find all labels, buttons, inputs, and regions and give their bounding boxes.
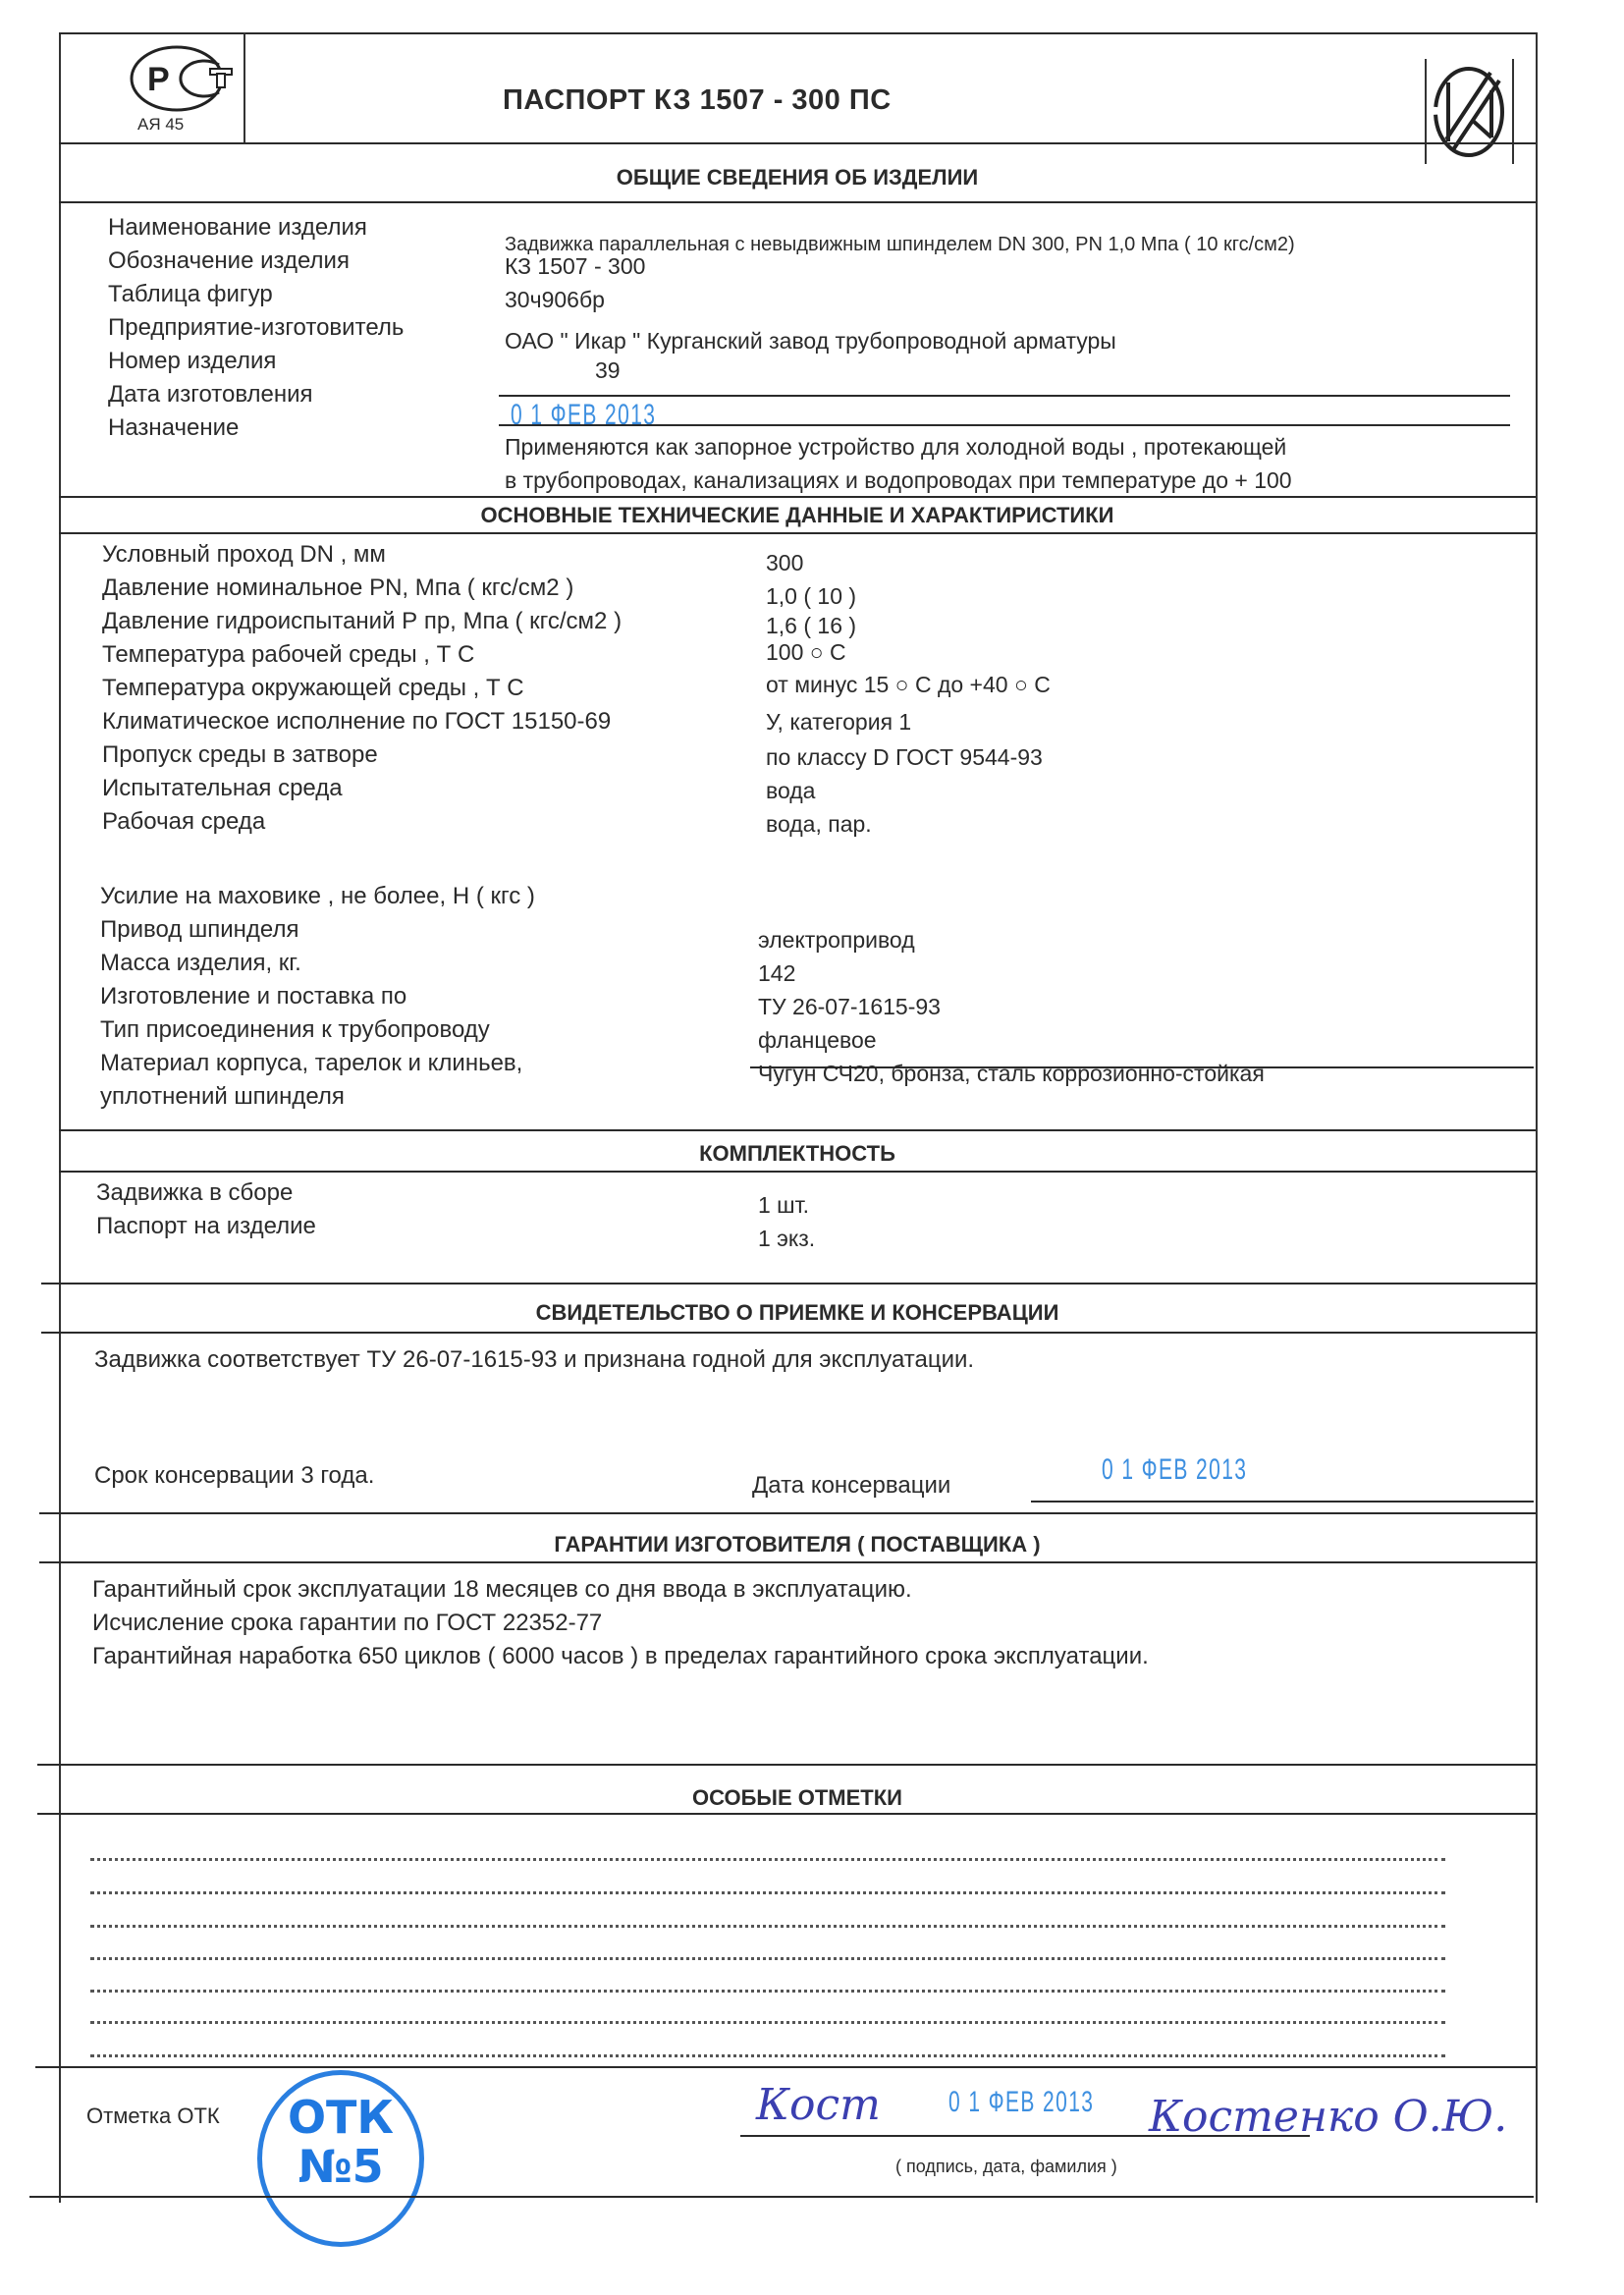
manufacture-date-stamp: 0 1 ФЕВ 2013: [511, 399, 656, 432]
value-manufacturer: ОАО " Икар " Курганский завод трубопрово…: [505, 324, 1116, 357]
value-figure-table: 30ч906бр: [505, 283, 605, 316]
label-kit-passport: Паспорт на изделие: [96, 1210, 316, 1243]
header-bottom-border: [59, 142, 1536, 144]
value-leakage: по классу D ГОСТ 9544-93: [766, 740, 1051, 774]
value-working-medium: вода, пар.: [766, 807, 1051, 841]
label-dn: Условный проход DN , мм: [102, 538, 622, 572]
label-leakage: Пропуск среды в затворе: [102, 738, 622, 772]
serial-underline: [499, 395, 1510, 397]
value-test-medium: вода: [766, 774, 1051, 807]
label-ambient-temp: Температура окружающей среды , Т С: [102, 672, 622, 705]
header-divider-right2: [1512, 59, 1514, 164]
cert-code: АЯ 45: [137, 115, 184, 135]
tech-bottom-border: [59, 1129, 1536, 1131]
kit-heading-border: [59, 1171, 1536, 1173]
label-kit-valve: Задвижка в сборе: [96, 1176, 316, 1210]
tech-labels: Условный проход DN , мм Давление номинал…: [102, 538, 622, 839]
value-kit-valve: 1 шт.: [758, 1188, 815, 1222]
warranty-line-1: Гарантийный срок эксплуатации 18 месяцев…: [92, 1573, 1149, 1607]
frame-bottom-border: [29, 2196, 1534, 2198]
section-heading-warranty: ГАРАНТИИ ИЗГОТОВИТЕЛЯ ( ПОСТАВЩИКА ): [59, 1532, 1536, 1557]
label-serial-number: Номер изделия: [108, 345, 404, 378]
warranty-line-3: Гарантийная наработка 650 циклов ( 6000 …: [92, 1640, 1149, 1673]
kit-values: 1 шт. 1 экз.: [758, 1188, 815, 1255]
notes-line-5[interactable]: [90, 1990, 1445, 1993]
page-title: ПАСПОРТ КЗ 1507 - 300 ПС: [503, 84, 892, 117]
notes-line-3[interactable]: [90, 1925, 1445, 1928]
label-pn: Давление номинальное PN, Мпа ( кгс/см2 ): [102, 572, 622, 605]
notes-heading-border: [37, 1813, 1536, 1815]
warranty-lines: Гарантийный срок эксплуатации 18 месяцев…: [92, 1573, 1149, 1673]
label-mass: Масса изделия, кг.: [100, 947, 535, 980]
tech-labels-2: Усилие на маховике , не более, Н ( кгс )…: [100, 880, 535, 1114]
notes-bottom-border: [35, 2066, 1536, 2068]
notes-line-6[interactable]: [90, 2021, 1445, 2024]
otk-date-stamp: 0 1 ФЕВ 2013: [948, 2086, 1094, 2119]
value-standard: ТУ 26-07-1615-93: [758, 990, 1265, 1023]
value-material: Чугун СЧ20, бронза, сталь коррозионно-ст…: [758, 1057, 1265, 1090]
header-divider-left: [244, 32, 245, 142]
label-test-medium: Испытательная среда: [102, 772, 622, 805]
label-connection: Тип присоединения к трубопроводу: [100, 1013, 535, 1047]
label-test-pressure: Давление гидроиспытаний Р пр, Мпа ( кгс/…: [102, 605, 622, 638]
value-kit-passport: 1 экз.: [758, 1222, 815, 1255]
acceptance-bottom-border: [39, 1512, 1536, 1514]
otk-stamp: ОТК №5: [257, 2070, 424, 2247]
tech-values: 300 1,0 ( 10 ) 1,6 ( 16 ) 100 ○ С от мин…: [766, 546, 1051, 841]
section-heading-kit: КОМПЛЕКТНОСТЬ: [59, 1141, 1536, 1167]
value-serial-number: 39: [595, 354, 621, 387]
value-purpose-line2: в трубопроводах, канализациях и водопров…: [505, 464, 1292, 497]
value-pn: 1,0 ( 10 ): [766, 579, 1051, 613]
header-divider-right: [1425, 59, 1427, 164]
notes-line-7[interactable]: [90, 2054, 1445, 2057]
acceptance-heading-border: [41, 1332, 1536, 1334]
label-working-medium: Рабочая среда: [102, 805, 622, 839]
general-bottom-border: [59, 496, 1536, 498]
kit-bottom-border: [41, 1283, 1536, 1284]
kit-labels: Задвижка в сборе Паспорт на изделие: [96, 1176, 316, 1243]
svg-text:Р: Р: [147, 61, 170, 98]
tech-values-2: электропривод 142 ТУ 26-07-1615-93 фланц…: [758, 923, 1265, 1090]
section-heading-acceptance: СВИДЕТЕЛЬСТВО О ПРИЕМКЕ И КОНСЕРВАЦИИ: [59, 1300, 1536, 1326]
general-heading-border: [59, 201, 1536, 203]
value-climate: У, категория 1: [766, 703, 1051, 740]
section-heading-notes: ОСОБЫЕ ОТМЕТКИ: [59, 1785, 1536, 1811]
label-figure-table: Таблица фигур: [108, 278, 404, 311]
tech-heading-border: [59, 532, 1536, 534]
frame-top-border: [59, 32, 1536, 34]
value-ambient-temp: от минус 15 ○ С до +40 ○ С: [766, 666, 1051, 703]
notes-line-2[interactable]: [90, 1891, 1445, 1894]
label-manufacture-date: Дата изготовления: [108, 378, 404, 411]
signature-initials: Кост: [756, 2080, 881, 2130]
value-spindle-drive: электропривод: [758, 923, 1265, 956]
rst-cert-mark-icon: Р: [126, 43, 244, 119]
notes-line-4[interactable]: [90, 1957, 1445, 1960]
label-product-designation: Обозначение изделия: [108, 245, 404, 278]
section-heading-general: ОБЩИЕ СВЕДЕНИЯ ОБ ИЗДЕЛИИ: [59, 165, 1536, 191]
general-labels: Наименование изделия Обозначение изделия…: [108, 211, 404, 445]
value-mass: 142: [758, 956, 1265, 990]
value-connection: фланцевое: [758, 1023, 1265, 1057]
value-purpose: Применяются как запорное устройство для …: [505, 430, 1286, 464]
label-spindle-drive: Привод шпинделя: [100, 913, 535, 947]
signature-caption: ( подпись, дата, фамилия ): [895, 2157, 1117, 2177]
label-working-temp: Температура рабочей среды , Т С: [102, 638, 622, 672]
date-underline: [499, 424, 1510, 426]
label-standard: Изготовление и поставка по: [100, 980, 535, 1013]
acceptance-statement: Задвижка соответствует ТУ 26-07-1615-93 …: [94, 1343, 974, 1377]
ikar-logo-icon: [1429, 61, 1509, 166]
value-test-pressure: 1,6 ( 16 ): [766, 613, 1051, 638]
notes-line-1[interactable]: [90, 1858, 1445, 1861]
warranty-bottom-border: [37, 1764, 1536, 1766]
otk-stamp-line1: ОТК: [262, 2093, 419, 2142]
label-material-cont: уплотнений шпинделя: [100, 1080, 535, 1114]
label-purpose: Назначение: [108, 411, 404, 445]
preservation-date-underline: [1031, 1501, 1534, 1503]
section-heading-tech: ОСНОВНЫЕ ТЕХНИЧЕСКИЕ ДАННЫЕ И ХАРАКТИРИС…: [59, 503, 1536, 528]
label-handwheel-force: Усилие на маховике , не более, Н ( кгс ): [100, 880, 535, 913]
preservation-term: Срок консервации 3 года.: [94, 1459, 374, 1493]
value-working-temp: 100 ○ С: [766, 638, 1051, 666]
value-product-designation: КЗ 1507 - 300: [505, 249, 645, 283]
label-manufacturer: Предприятие-изготовитель: [108, 311, 404, 345]
warranty-heading-border: [39, 1561, 1536, 1563]
otk-stamp-line2: №5: [262, 2142, 419, 2191]
warranty-line-2: Исчисление срока гарантии по ГОСТ 22352-…: [92, 1607, 1149, 1640]
label-material: Материал корпуса, тарелок и клиньев,: [100, 1047, 535, 1080]
connection-underline: [750, 1066, 1534, 1068]
otk-label: Отметка ОТК: [86, 2104, 220, 2129]
signature-underline[interactable]: [740, 2135, 1310, 2137]
preservation-date-stamp: 0 1 ФЕВ 2013: [1102, 1453, 1247, 1487]
label-climate: Климатическое исполнение по ГОСТ 15150-6…: [102, 705, 622, 738]
preservation-date-label: Дата консервации: [752, 1469, 950, 1503]
label-product-name: Наименование изделия: [108, 211, 404, 245]
value-dn: 300: [766, 546, 1051, 579]
